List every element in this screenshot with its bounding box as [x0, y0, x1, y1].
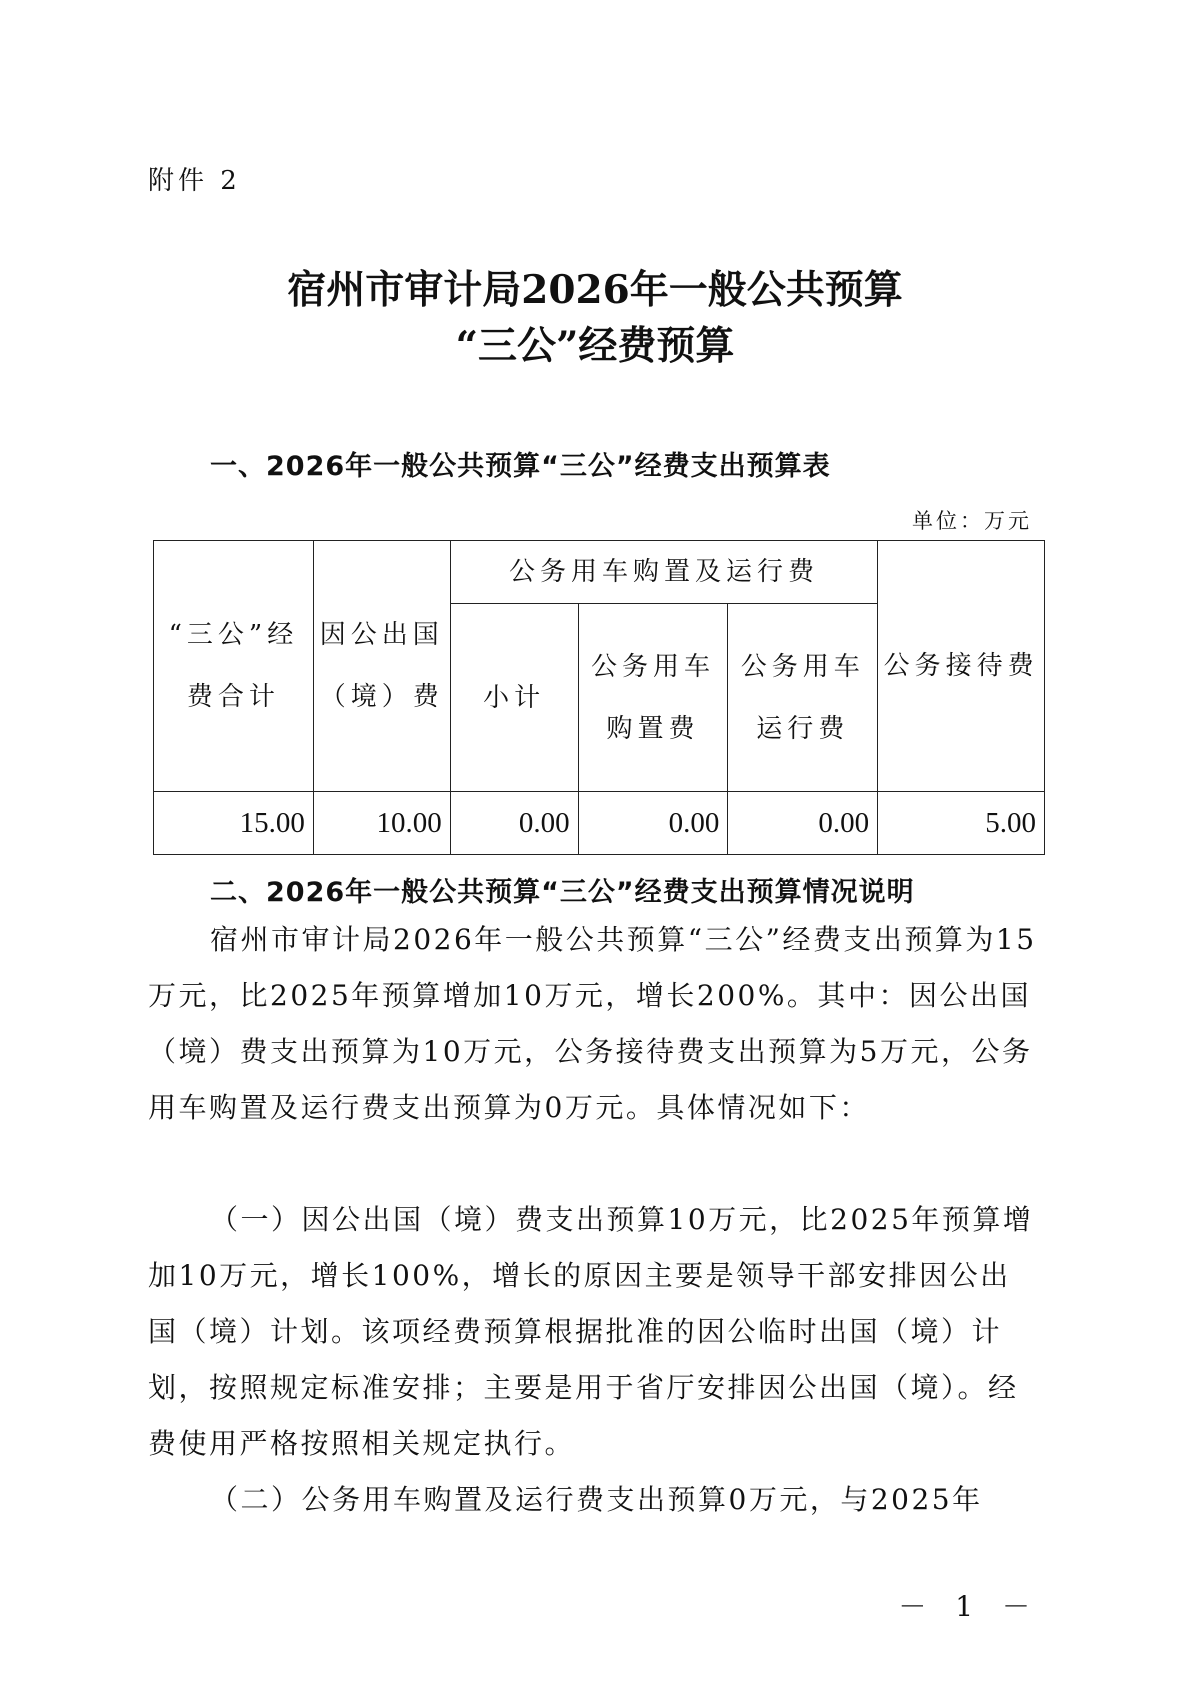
table-row: 15.00 10.00 0.00 0.00 0.00 5.00 — [154, 792, 1045, 855]
section2-heading: 二、2026年一般公共预算“三公”经费支出预算情况说明 — [210, 870, 915, 909]
value-vehicle-purchase: 0.00 — [578, 792, 728, 855]
header-overseas: 因公出国（境）费 — [313, 541, 450, 792]
value-overseas: 10.00 — [313, 792, 450, 855]
paragraph-summary: 宿州市审计局2026年一般公共预算“三公”经费支出预算为15万元，比2025年预… — [148, 912, 1040, 1136]
unit-label: 单位：万元 — [912, 505, 1032, 535]
section1-heading: 一、2026年一般公共预算“三公”经费支出预算表 — [210, 444, 831, 483]
paragraph-overseas: （一）因公出国（境）费支出预算10万元，比2025年预算增加10万元，增长100… — [148, 1192, 1040, 1472]
attachment-label: 附件 2 — [148, 160, 241, 197]
paragraph-vehicle: （二）公务用车购置及运行费支出预算0万元，与2025年 — [148, 1472, 1040, 1528]
header-vehicle-operation: 公务用车运行费 — [728, 604, 878, 792]
document-title-line1: 宿州市审计局2026年一般公共预算 — [0, 262, 1190, 318]
header-total: “三公”经费合计 — [154, 541, 314, 792]
page-number: － 1 － — [898, 1585, 1040, 1625]
header-vehicle-purchase: 公务用车购置费 — [578, 604, 728, 792]
header-reception: 公务接待费 — [878, 541, 1045, 792]
value-vehicle-operation: 0.00 — [728, 792, 878, 855]
header-vehicle-group: 公务用车购置及运行费 — [450, 541, 877, 604]
document-title-line2: “三公”经费预算 — [0, 318, 1190, 374]
header-vehicle-subtotal: 小计 — [450, 604, 578, 792]
value-total: 15.00 — [154, 792, 314, 855]
value-vehicle-subtotal: 0.00 — [450, 792, 578, 855]
budget-table: “三公”经费合计 因公出国（境）费 公务用车购置及运行费 公务接待费 小计 公务… — [153, 540, 1045, 855]
value-reception: 5.00 — [878, 792, 1045, 855]
